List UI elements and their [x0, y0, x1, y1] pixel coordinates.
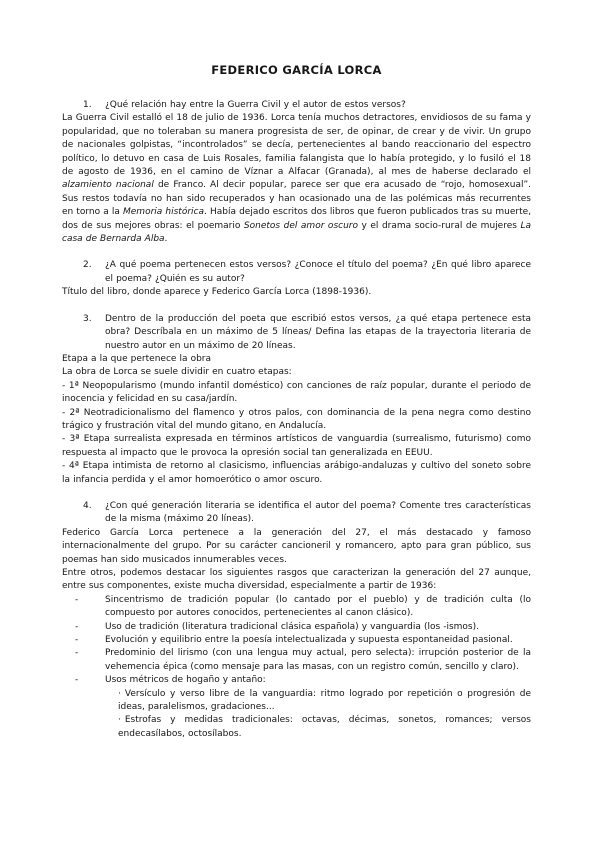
list-marker: 1. [83, 99, 92, 112]
paragraph: Título del libro, donde aparece y Federi… [62, 286, 531, 299]
paragraph: La obra de Lorca se suele dividir en cua… [62, 366, 531, 379]
list-marker: · [118, 715, 121, 725]
text-run: Entre otros, podemos destacar los siguie… [62, 568, 531, 591]
list-item: -Sincentrismo de tradición popular (lo c… [62, 594, 531, 621]
italic-text: Memoria histórica [123, 207, 204, 217]
sub-item: ·Versículo y verso libre de la vanguardi… [62, 688, 531, 715]
text-run: Evolución y equilibrio entre la poesía i… [105, 635, 513, 645]
list-marker: - [75, 674, 78, 687]
list-marker: 3. [83, 313, 92, 326]
list-marker: - [75, 647, 78, 660]
paragraph: Entre otros, podemos destacar los siguie… [62, 567, 531, 594]
list-item: -Predominio del lirismo (con una lengua … [62, 647, 531, 674]
text-run: y el drama socio-rural de mujeres [358, 221, 520, 231]
text-run: - 1ª Neopopularismo (mundo infantil domé… [62, 381, 531, 404]
list-marker: · [118, 689, 121, 699]
text-run: - 3ª Etapa surrealista expresada en térm… [62, 434, 531, 457]
italic-text: alzamiento nacional [62, 180, 154, 190]
text-run: Federico García Lorca pertenece a la gen… [62, 528, 531, 565]
paragraph: - 1ª Neopopularismo (mundo infantil domé… [62, 380, 531, 407]
list-item: -Usos métricos de hogaño y antaño: [62, 674, 531, 687]
list-marker: - [75, 594, 78, 607]
text-run: . [165, 234, 168, 244]
page-title: FEDERICO GARCÍA LORCA [62, 63, 531, 77]
paragraph: - 2ª Neotradicionalismo del flamenco y o… [62, 407, 531, 434]
question: 1.¿Qué relación hay entre la Guerra Civi… [62, 99, 531, 112]
list-marker: 4. [83, 500, 92, 513]
text-run: Versículo y verso libre de la vanguardia… [118, 689, 531, 712]
document-page: FEDERICO GARCÍA LORCA 1.¿Qué relación ha… [0, 0, 600, 848]
question: 4.¿Con qué generación literaria se ident… [62, 500, 531, 527]
paragraph: - 3ª Etapa surrealista expresada en térm… [62, 433, 531, 460]
list-marker: 2. [83, 259, 92, 272]
paragraph: La Guerra Civil estalló el 18 de julio d… [62, 112, 531, 246]
list-marker: - [75, 621, 78, 634]
text-run: Predominio del lirismo (con una lengua m… [105, 648, 531, 671]
text-run: Usos métricos de hogaño y antaño: [105, 675, 266, 685]
text-run: - 2ª Neotradicionalismo del flamenco y o… [62, 408, 531, 431]
paragraph: Etapa a la que pertenece la obra [62, 353, 531, 366]
text-run: Dentro de la producción del poeta que es… [105, 314, 531, 351]
text-run: Estrofas y medidas tradicionales: octava… [118, 715, 531, 738]
text-run: La obra de Lorca se suele dividir en cua… [62, 367, 292, 377]
text-run: Etapa a la que pertenece la obra [62, 354, 211, 364]
text-run: ¿Con qué generación literaria se identif… [105, 501, 531, 524]
question: 3.Dentro de la producción del poeta que … [62, 313, 531, 353]
text-run: ¿Qué relación hay entre la Guerra Civil … [105, 100, 406, 110]
text-run: La Guerra Civil estalló el 18 de julio d… [62, 113, 531, 177]
list-item: -Uso de tradición (literatura tradiciona… [62, 621, 531, 634]
list-item: -Evolución y equilibrio entre la poesía … [62, 634, 531, 647]
italic-text: Sonetos del amor oscuro [244, 221, 358, 231]
document-body: 1.¿Qué relación hay entre la Guerra Civi… [62, 99, 531, 741]
sub-item: ·Estrofas y medidas tradicionales: octav… [62, 714, 531, 741]
text-run: Uso de tradición (literatura tradicional… [105, 622, 479, 632]
text-run: Sincentrismo de tradición popular (lo ca… [105, 595, 531, 618]
text-run: - 4ª Etapa intimista de retorno al clasi… [62, 461, 531, 484]
question: 2.¿A qué poema pertenecen estos versos? … [62, 259, 531, 286]
list-marker: - [75, 634, 78, 647]
paragraph: - 4ª Etapa intimista de retorno al clasi… [62, 460, 531, 487]
paragraph: Federico García Lorca pertenece a la gen… [62, 527, 531, 567]
text-run: Título del libro, donde aparece y Federi… [62, 287, 371, 297]
text-run: ¿A qué poema pertenecen estos versos? ¿C… [105, 260, 531, 283]
